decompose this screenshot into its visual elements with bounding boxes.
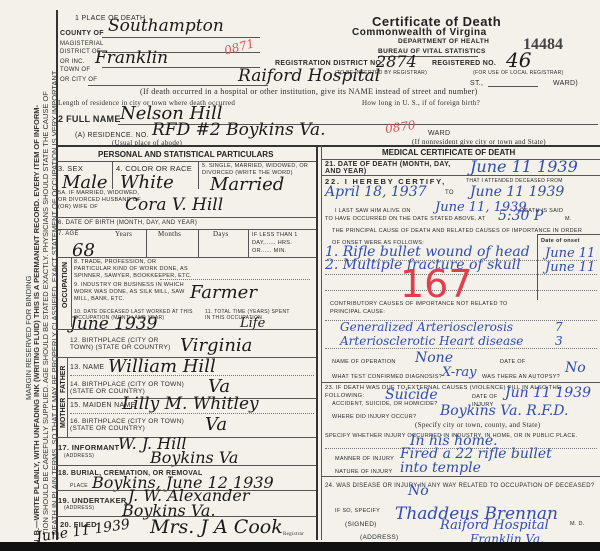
rule — [56, 217, 316, 218]
town-label: or Inc. Town of — [60, 58, 100, 74]
town-code: 0871 — [223, 36, 256, 57]
ward-label-2: Ward — [428, 130, 450, 137]
residence-code: 0870 — [384, 118, 416, 136]
registration-district-label: Registration District No. — [275, 60, 383, 67]
county-value: Southampton — [108, 16, 224, 36]
department-name: Department of Health — [398, 38, 489, 45]
rule — [160, 279, 310, 280]
md-label: M. D. — [570, 521, 585, 527]
mother-birthplace-label: 16. Birthplace (city or town) (State or … — [70, 418, 190, 432]
rule — [112, 161, 113, 189]
county-line — [102, 37, 260, 38]
contributory-label: Contributory causes of importance not re… — [330, 300, 530, 316]
last-saw-label: I last saw him alive on — [335, 208, 411, 214]
father-birthplace-label: 14. Birthplace (city or town) (State or … — [70, 381, 190, 395]
manner-of-injury-label: Manner of injury — [335, 456, 394, 462]
address-label: (Address) — [360, 534, 398, 541]
informant-label: 17. Informant — [58, 443, 119, 452]
occupation-related-label: 24. Was disease or injury in any way rel… — [325, 479, 595, 493]
mother-birthplace-value: Va — [205, 414, 227, 435]
signed-label: (Signed) — [345, 521, 377, 528]
burial-place-label: Place — [70, 483, 88, 489]
time-value: 5:30 P — [498, 208, 543, 224]
margin-instruction-line-1: N. B.—Write plainly, with unfading ink (… — [32, 105, 41, 545]
age-label: 7. Age — [58, 231, 79, 237]
rule — [56, 329, 316, 330]
scan-edge — [0, 542, 600, 551]
full-name-label: 2 Full Name — [58, 114, 121, 124]
registration-district-value: 2874 — [376, 52, 417, 71]
occurred-label: to have occurred on the date stated abov… — [325, 216, 485, 222]
rule — [321, 382, 600, 383]
months-label: Months — [158, 230, 181, 238]
rule — [321, 476, 600, 477]
section-divider — [56, 145, 600, 147]
occupation-section-label: Occupation — [62, 262, 69, 308]
manner-value: Suicide — [385, 387, 438, 403]
attended-to-value: June 11 1939 — [470, 184, 564, 200]
m-label: M. — [565, 216, 572, 222]
operation-label: Name of operation — [332, 359, 396, 365]
attended-from-value: April 18, 1937 — [325, 184, 427, 200]
contributory-1-onset: 7 — [555, 320, 563, 334]
rule — [325, 348, 597, 349]
town-value: Franklin — [95, 48, 168, 68]
father-section-label: Father — [60, 366, 67, 393]
where-value: Boykins Va. R.F.D. — [440, 403, 568, 419]
injury-date-value: Jun 11 1939 — [505, 385, 591, 401]
contributory-2-onset: 3 — [555, 334, 563, 348]
rule — [198, 229, 199, 257]
cause-2-onset: June 11 — [545, 260, 595, 275]
nature-label: Nature of injury — [335, 469, 392, 475]
industry-label: 9. Industry or business in which work wa… — [74, 282, 194, 303]
street-label: St., — [470, 80, 483, 87]
physician-address-1: Raiford Hospital — [440, 518, 549, 533]
date-of-label: Date of — [500, 359, 526, 365]
last-worked-value: June 1939 — [70, 314, 157, 334]
ward-label: Ward) — [553, 80, 578, 87]
registered-label: Registered No. — [432, 60, 496, 67]
contributory-2-text: Arteriosclerotic Heart disease — [340, 334, 523, 348]
hospital-note: (If death occurred in a hospital or othe… — [140, 87, 478, 96]
rule — [537, 234, 600, 235]
marital-value: Married — [210, 174, 284, 195]
autopsy-value: No — [565, 360, 586, 376]
rule — [56, 257, 316, 258]
father-name-value: William Hill — [108, 356, 216, 377]
registrar-signature: Mrs. J A Cook — [150, 516, 283, 538]
column-divider-2 — [321, 145, 322, 540]
county-label: County of — [60, 30, 104, 37]
rule — [146, 229, 147, 257]
test-label: What test confirmed diagnosis? — [332, 374, 442, 380]
residence-value: RFD #2 Boykins Va. — [152, 120, 326, 140]
operation-value: None — [415, 350, 453, 366]
registrar-note: (To be inserted by registrar) — [335, 70, 427, 76]
nature-value: into temple — [400, 460, 481, 476]
personal-section-title: Personal and Statistical Particulars — [98, 150, 273, 159]
less-than-label: If LESS than 1 day,...... hrs. or...... … — [252, 231, 312, 255]
if-so-label: If so, specify — [335, 508, 380, 514]
to-label: To — [445, 190, 454, 196]
rule — [70, 413, 314, 414]
informant-address-label: (Address) — [64, 453, 94, 459]
autopsy-label: Was there an autopsy? — [482, 374, 560, 380]
date-of-death-label: 21. Date of Death (month, day, and year) — [325, 161, 455, 175]
rule — [198, 161, 199, 189]
father-name-label: 13. Name — [70, 364, 104, 371]
local-registrar-note: (For use of local registrar) — [473, 70, 563, 76]
undertaker-address-label: (Address) — [64, 505, 94, 511]
where-label: Where did injury occur? — [332, 414, 416, 420]
residence-label: (a) Residence. No. — [75, 132, 149, 139]
rule — [67, 357, 68, 437]
rule — [56, 229, 316, 230]
rule — [70, 375, 314, 376]
mother-name-value: Lilly M. Whitley — [122, 394, 259, 414]
birthplace-label: 12. Birthplace (city or town) (State or … — [70, 337, 180, 351]
column-divider — [316, 145, 318, 540]
date-of-death-value: June 11 1939 — [470, 157, 578, 176]
days-label: Days — [213, 230, 229, 238]
foreign-birth-label: How long in U. S., if of foreign birth? — [362, 99, 480, 107]
city-value: Raiford Hospital — [238, 66, 380, 86]
registrar-label: Registrar — [283, 532, 304, 537]
state-name: Commonwealth of Virgina — [352, 27, 487, 38]
years-label: Years — [115, 230, 132, 238]
city-label: or City of — [60, 76, 100, 84]
rule — [321, 175, 600, 176]
contributory-1-text: Generalized Arteriosclerosis — [340, 320, 513, 334]
ward-line — [488, 86, 538, 87]
cause-1-onset: June 11 — [545, 246, 595, 261]
industry-value: Farmer — [190, 282, 257, 303]
date-onset-label: Date of onset — [541, 238, 580, 244]
where-note: (Specify city or town, county, and State… — [415, 421, 540, 429]
birthplace-value: Virginia — [180, 335, 252, 356]
rule — [248, 229, 249, 257]
trade-label: 8. Trade, profession, or particular kind… — [74, 259, 194, 280]
test-value: X-ray — [442, 365, 477, 380]
margin-instruction-line-2: tion should be carefully supplied. Age s… — [41, 91, 50, 535]
mother-section-label: Mother — [60, 398, 67, 428]
spouse-value: Cora V. Hill — [125, 195, 223, 215]
undertaker-label: 19. Undertaker — [58, 496, 127, 505]
form-left-border — [56, 10, 58, 540]
rule — [56, 161, 316, 162]
occupation-related-value: No — [408, 483, 429, 499]
registered-value: 46 — [506, 48, 531, 72]
dob-label: 6. Date of Birth (month, day, and year) — [58, 220, 197, 226]
medical-section-title: Medical Certificate of Death — [382, 148, 515, 157]
rule — [56, 465, 316, 466]
